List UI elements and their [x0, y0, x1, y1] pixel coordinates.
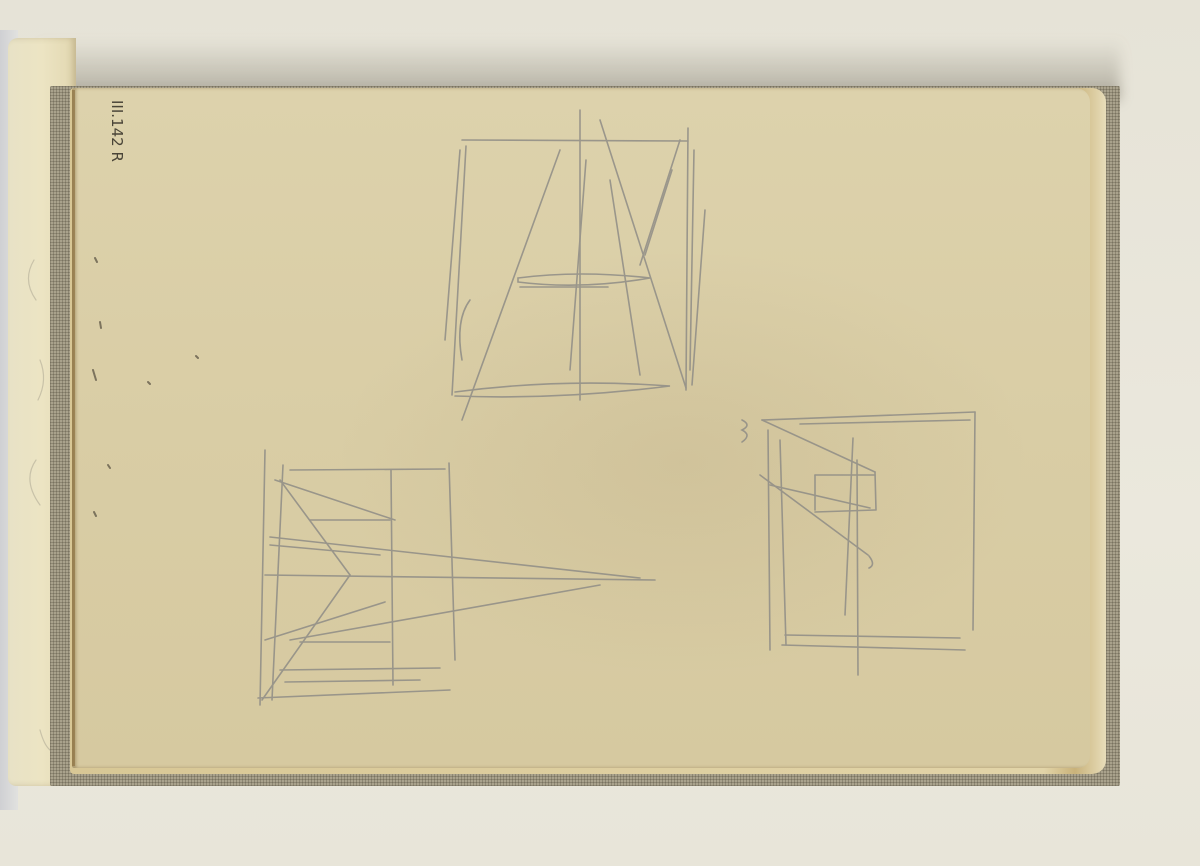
pencil-sketches [0, 0, 1200, 866]
sketch-bottom-left [258, 450, 655, 705]
sketch-top-center [445, 110, 705, 420]
sketch-right [742, 412, 975, 675]
